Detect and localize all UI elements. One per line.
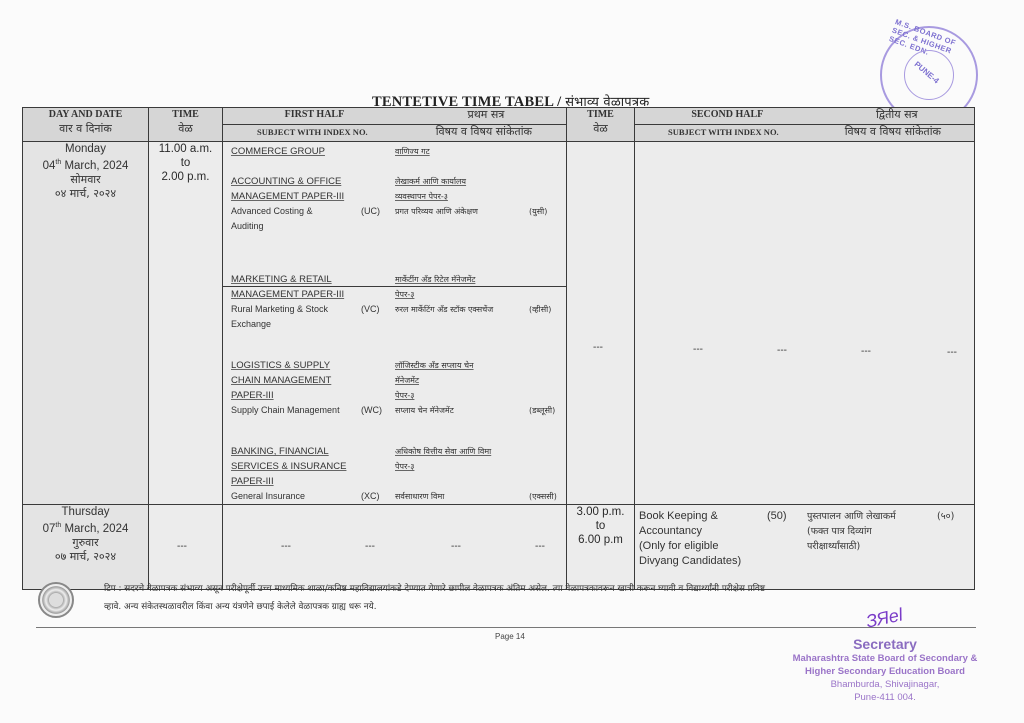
date-rest: March, 2024 (61, 160, 128, 172)
subject-name-mr: सप्लाय चेन मॅनेजमेंट (395, 403, 529, 418)
subject-line: Divyang Candidates) (639, 554, 767, 569)
date-mr: ०४ मार्च, २०२४ (23, 187, 148, 201)
time-from: 11.00 a.m. (149, 142, 222, 156)
first-half-mr: प्रथम सत्र (467, 108, 504, 122)
dash: --- (535, 541, 545, 552)
time-cell: 11.00 a.m. to 2.00 p.m. (149, 142, 223, 505)
time-cell: --- (149, 505, 223, 590)
subject-name-en: General Insurance (231, 489, 361, 504)
subject-line: (Only for eligible (639, 539, 767, 554)
time-from: 3.00 p.m. (567, 505, 634, 519)
note-line-2: व्हावे. अन्य संकेतस्थळावरील किंवा अन्य य… (104, 598, 984, 616)
paper-title-mr: पेपर-३ (395, 388, 414, 403)
subject-name-en: Exchange (231, 317, 361, 332)
first-subject-cell: --- --- --- --- (223, 505, 567, 590)
subject-name-en: Auditing (231, 219, 361, 234)
subject-block-commerce: COMMERCE GROUP वाणिज्य गट ACCOUNTING & O… (223, 142, 566, 504)
dash: --- (281, 541, 291, 552)
second-time-cell: 3.00 p.m. to 6.00 p.m (567, 505, 635, 590)
paper-title-mr: लॉजिस्टीक अँड सप्लाय चेन (395, 358, 474, 373)
paper-title-mr: पेपर-३ (395, 287, 414, 302)
header-time-en: TIME (567, 108, 634, 122)
note-line-1: टिप : सदरचे वेळापत्रक संभाव्य असून परीक्… (104, 580, 984, 598)
second-subject-cell: Book Keeping &Accountancy(Only for eligi… (635, 505, 975, 590)
header-first-half: FIRST HALF प्रथम सत्र (223, 108, 567, 125)
subject-name-mr: पुस्तपालन आणि लेखाकर्म(फक्त पात्र दिव्या… (807, 509, 937, 569)
first-half-en: FIRST HALF (285, 108, 345, 122)
header-day-date: DAY AND DATE वार व दिनांक (23, 108, 149, 142)
subject-code-mr: (डब्लूसी) (529, 403, 555, 418)
dash: --- (947, 347, 957, 358)
subject-code-mr: (युसी) (529, 204, 547, 219)
day-en: Monday (23, 142, 148, 156)
paper-title-mr: व्यवस्थापन पेपर-३ (395, 189, 448, 204)
subject-name-mr: रुरल मार्केटिंग अँड स्टॉक एक्सचेंज (395, 302, 529, 317)
day-mr: सोमवार (23, 173, 148, 187)
table-row: Thursday 07th March, 2024 गुरुवार ०७ मार… (23, 505, 975, 590)
subject-header-mr: विषय व विषय सांकेतांक (845, 125, 941, 139)
address-line-1: Bhamburda, Shivajinagar, (780, 678, 990, 691)
subject-code-mr: (५०) (937, 509, 954, 569)
subject-code-en: (50) (767, 509, 807, 569)
header-time-first: TIME वेळ (149, 108, 223, 142)
paper-title-mr: पेपर-३ (395, 459, 414, 474)
timetable: DAY AND DATE वार व दिनांक TIME वेळ FIRST… (22, 107, 975, 590)
board-line-2: Higher Secondary Education Board (780, 665, 990, 678)
paper-title-mr: मॅनेजमेंट (395, 373, 419, 388)
paper-title-en: LOGISTICS & SUPPLY (231, 358, 395, 373)
subject-name-en: Rural Marketing & Stock (231, 302, 361, 317)
paper-title-en: PAPER-III (231, 474, 395, 489)
footer-note: टिप : सदरचे वेळापत्रक संभाव्य असून परीक्… (104, 580, 984, 616)
date-mr: ०७ मार्च, २०२४ (23, 550, 148, 564)
second-half-en: SECOND HALF (691, 108, 763, 122)
table-row: Monday 04th March, 2024 सोमवार ०४ मार्च,… (23, 142, 975, 505)
dash: --- (777, 345, 787, 356)
subjects-list: ACCOUNTING & OFFICEलेखाकर्म आणि कार्यालय… (231, 174, 558, 504)
subject-code-en: (UC) (361, 204, 395, 219)
paper-title-en: PAPER-III (231, 388, 395, 403)
header-time-mr: वेळ (567, 122, 634, 136)
dash: --- (365, 541, 375, 552)
date-en: 04th March, 2024 (23, 156, 148, 173)
date-rest: March, 2024 (61, 523, 128, 535)
dash: --- (451, 541, 461, 552)
header-day-date-mr: वार व दिनांक (23, 122, 148, 136)
subject-line: Book Keeping & (639, 509, 767, 524)
subject-header-en: SUBJECT WITH INDEX NO. (668, 125, 779, 139)
subject-block: ACCOUNTING & OFFICEलेखाकर्म आणि कार्यालय… (231, 174, 558, 234)
paper-title-en: SERVICES & INSURANCE (231, 459, 395, 474)
dash: --- (693, 344, 703, 355)
day-mr: गुरुवार (23, 536, 148, 550)
subject-line: (फक्त पात्र दिव्यांग (807, 524, 937, 539)
time-to: 2.00 p.m. (149, 170, 222, 184)
divider (223, 286, 566, 287)
paper-title-mr: लेखाकर्म आणि कार्यालय (395, 174, 466, 189)
paper-title-en: ACCOUNTING & OFFICE (231, 174, 395, 189)
dash: --- (177, 541, 187, 552)
secretary-title: Secretary (780, 636, 990, 652)
date-day: 07 (43, 523, 56, 535)
date-day: 04 (43, 160, 56, 172)
subject-block: BANKING, FINANCIALअधिकोष वित्तीय सेवा आण… (231, 444, 558, 504)
date-en: 07th March, 2024 (23, 519, 148, 536)
subject-block: MARKETING & RETAILमार्केटींग अँड रिटेल म… (231, 272, 558, 332)
paper-title-en: MARKETING & RETAIL (231, 272, 395, 287)
dash: --- (861, 346, 871, 357)
footer-divider (36, 627, 976, 628)
header-time-en: TIME (149, 108, 222, 122)
second-subject-cell: --- --- --- --- (635, 142, 975, 505)
paper-title-mr: अधिकोष वित्तीय सेवा आणि विमा (395, 444, 491, 459)
paper-title-en: MANAGEMENT PAPER-III (231, 189, 395, 204)
address-line-2: Pune-411 004. (780, 691, 990, 704)
subject-name-mr: सर्वसाधारण विमा (395, 489, 529, 504)
subject-name-en: Book Keeping &Accountancy(Only for eligi… (639, 509, 767, 569)
header-subject-first: SUBJECT WITH INDEX NO. विषय व विषय सांके… (223, 125, 567, 142)
subject-name-en: Supply Chain Management (231, 403, 361, 418)
header-second-half: SECOND HALF द्वितीय सत्र (635, 108, 975, 125)
day-en: Thursday (23, 505, 148, 519)
paper-title-en: MANAGEMENT PAPER-III (231, 287, 395, 302)
subject-code-mr: (व्हीसी) (529, 302, 551, 317)
subject-name-en: Advanced Costing & (231, 204, 361, 219)
subject-code-en: (XC) (361, 489, 395, 504)
dash: --- (593, 342, 603, 353)
second-time-cell: --- (567, 142, 635, 505)
day-date-cell: Thursday 07th March, 2024 गुरुवार ०७ मार… (23, 505, 149, 590)
subject-header-en: SUBJECT WITH INDEX NO. (257, 125, 368, 139)
subject-line: पुस्तपालन आणि लेखाकर्म (807, 509, 937, 524)
header-time-mr: वेळ (149, 122, 222, 136)
day-date-cell: Monday 04th March, 2024 सोमवार ०४ मार्च,… (23, 142, 149, 505)
subject-name-mr: प्रगत परिव्यय आणि अंकेक्षण (395, 204, 529, 219)
paper-title-en: BANKING, FINANCIAL (231, 444, 395, 459)
time-to-word: to (567, 519, 634, 533)
subject-line: Accountancy (639, 524, 767, 539)
board-line-1: Maharashtra State Board of Secondary & (780, 652, 990, 665)
subject-block: LOGISTICS & SUPPLYलॉजिस्टीक अँड सप्लाय च… (231, 358, 558, 418)
header-time-second: TIME वेळ (567, 108, 635, 142)
header-day-date-en: DAY AND DATE (23, 108, 148, 122)
subject-header-mr: विषय व विषय सांकेतांक (436, 125, 532, 139)
secretary-block: Secretary Maharashtra State Board of Sec… (780, 636, 990, 704)
subject-code-en: (VC) (361, 302, 395, 317)
time-to-word: to (149, 156, 222, 170)
group-mr: वाणिज्य गट (395, 146, 430, 162)
subject-code-mr: (एक्ससी) (529, 489, 557, 504)
second-half-mr: द्वितीय सत्र (876, 108, 918, 122)
paper-title-en: CHAIN MANAGEMENT (231, 373, 395, 388)
paper-title-mr: मार्केटींग अँड रिटेल मॅनेजमेंट (395, 272, 475, 287)
group-en: COMMERCE GROUP (231, 146, 395, 162)
header-subject-second: SUBJECT WITH INDEX NO. विषय व विषय सांके… (635, 125, 975, 142)
page-number: Page 14 (495, 632, 525, 641)
board-logo-icon (38, 582, 74, 618)
subject-line: परीक्षार्थ्यांसाठी) (807, 539, 937, 554)
subject-code-en: (WC) (361, 403, 395, 418)
time-to: 6.00 p.m (567, 533, 634, 547)
first-half-subjects: COMMERCE GROUP वाणिज्य गट ACCOUNTING & O… (223, 142, 567, 505)
